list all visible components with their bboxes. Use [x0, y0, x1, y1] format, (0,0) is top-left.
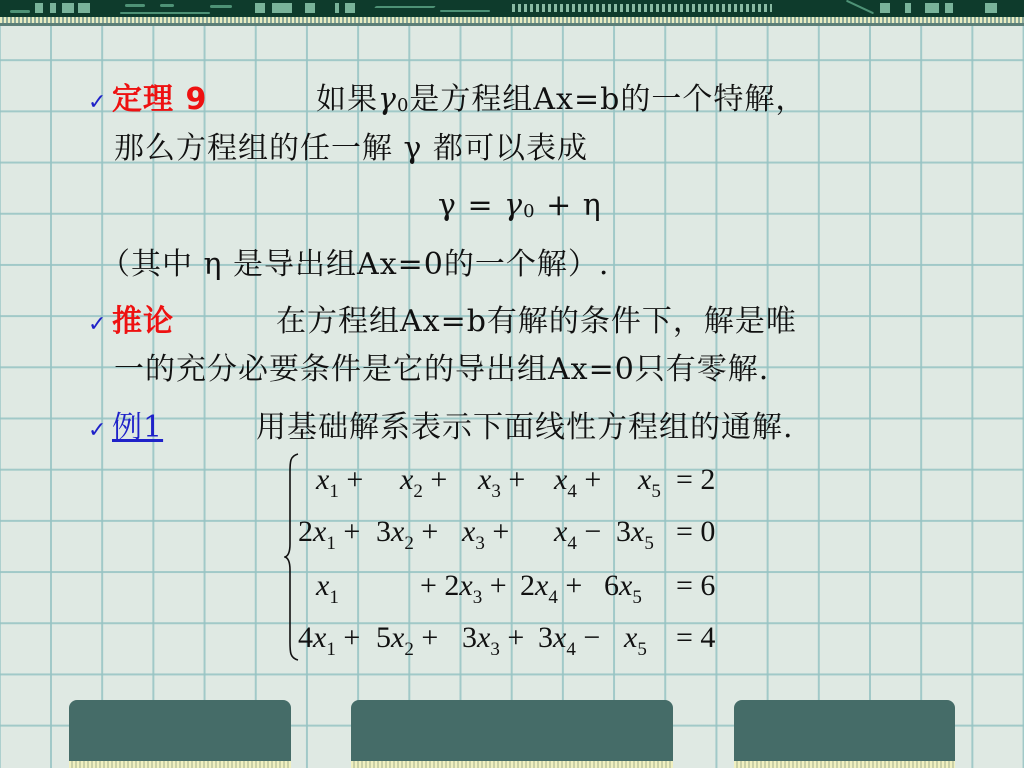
- corollary-statement-1: 在方程组Ax=b有解的条件下，解是唯: [276, 304, 797, 340]
- corollary-heading: ✓推论: [88, 304, 174, 343]
- button-stripe: [351, 761, 673, 768]
- circuit-chip: [62, 3, 74, 13]
- theorem-line-1: ✓定理 9: [88, 82, 207, 121]
- formula-gamma-subscript: 0: [523, 201, 535, 222]
- gamma-symbol: γ: [378, 82, 397, 117]
- circuit-chip: [335, 3, 339, 13]
- circuit-trace: [160, 4, 174, 7]
- nav-prev-button[interactable]: [69, 700, 291, 768]
- circuit-chip: [925, 3, 939, 13]
- corollary-statement-2: 一的充分必要条件是它的导出组Ax=0只有零解.: [114, 352, 769, 388]
- example-link[interactable]: 例1: [112, 410, 163, 445]
- checkmark-icon: ✓: [88, 413, 112, 449]
- circuit-chip: [50, 3, 56, 13]
- circuit-chip: [35, 3, 43, 13]
- button-stripe: [734, 761, 955, 768]
- circuit-trace: [10, 10, 30, 13]
- circuit-trace: [210, 5, 232, 8]
- circuit-trace: [846, 0, 874, 14]
- button-stripe: [69, 761, 291, 768]
- corollary-label: 推论: [112, 304, 174, 339]
- theorem-text-suffix: 是方程组Ax=b的一个特解，: [409, 82, 806, 117]
- nav-home-button[interactable]: [351, 700, 673, 768]
- circuit-chip: [985, 3, 997, 13]
- formula-gamma: γ: [504, 188, 523, 223]
- circuit-trace: [440, 10, 490, 12]
- checkmark-icon: ✓: [88, 307, 112, 343]
- formula: γ = γ0 + η: [438, 188, 602, 230]
- circuit-chip: [345, 3, 355, 13]
- circuit-trace: [125, 4, 145, 7]
- circuit-chip: [305, 3, 315, 13]
- circuit-chip: [905, 3, 911, 13]
- formula-lhs: γ: [438, 188, 457, 223]
- circuit-chip: [880, 3, 890, 13]
- circuit-pins: [512, 4, 772, 12]
- gamma-subscript: 0: [397, 95, 409, 116]
- checkmark-icon: ✓: [88, 85, 112, 121]
- example-heading: ✓例1: [88, 410, 163, 449]
- formula-note: （其中 η 是导出组Ax=0的一个解）.: [100, 247, 609, 283]
- example-statement: 用基础解系表示下面线性方程组的通解.: [256, 410, 794, 446]
- linear-equation-system: x1 + x2 + x3 + x4 + x5 = 2 2x1 + 3x2 + x…: [284, 452, 724, 664]
- theorem-label: 定理 9: [112, 82, 207, 117]
- header-circuit-banner: [0, 0, 1024, 17]
- header-divider: [0, 23, 1024, 26]
- nav-next-button[interactable]: [734, 700, 955, 768]
- circuit-chip: [272, 3, 292, 13]
- theorem-text-prefix: 如果: [316, 82, 378, 117]
- circuit-chip: [945, 3, 953, 13]
- circuit-chip: [255, 3, 265, 13]
- circuit-chip: [78, 3, 90, 13]
- theorem-statement-1: 如果γ0是方程组Ax=b的一个特解，: [316, 82, 806, 124]
- circuit-trace: [120, 12, 210, 14]
- circuit-trace: [374, 6, 436, 8]
- formula-equals: =: [457, 188, 504, 223]
- formula-eta: + η: [536, 188, 602, 223]
- theorem-statement-2: 那么方程组的任一解 γ 都可以表成: [114, 131, 588, 167]
